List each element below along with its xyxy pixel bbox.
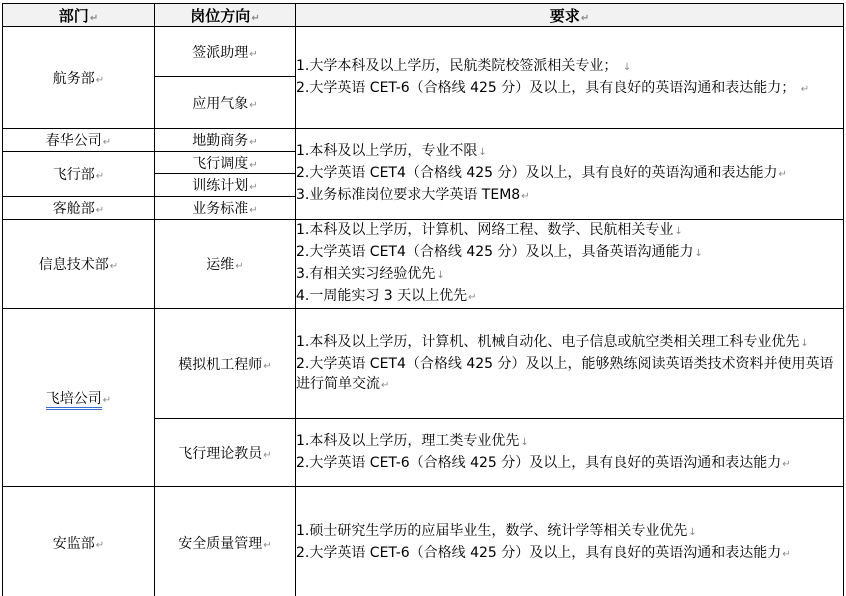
requirements-cell: 1.本科及以上学历，计算机、机械自动化、电子信息或航空类相关理工科专业优先↓ 2… — [296, 309, 844, 419]
position-cell: 模拟机工程师↵ — [155, 309, 296, 419]
table-row: 信息技术部↵ 运维↵ 1.本科及以上学历，计算机、网络工程、数学、民航相关专业↓… — [3, 220, 844, 309]
header-department: 部门↵ — [3, 4, 155, 27]
table-row: 飞培公司↵ 模拟机工程师↵ 1.本科及以上学历，计算机、机械自动化、电子信息或航… — [3, 309, 844, 419]
position-cell: 地勤商务↵ — [155, 129, 296, 152]
table-row: 安监部↵ 安全质量管理↵ 1.硕士研究生学历的应届毕业生，数学、统计学等相关专业… — [3, 487, 844, 596]
requirements-table: 部门↵ 岗位方向↵ 要求↵ 航务部↵ 签派助理↵ 1.大学本科及以上学历，民航类… — [2, 3, 844, 596]
header-position: 岗位方向↵ — [155, 4, 296, 27]
position-cell: 应用气象↵ — [155, 77, 296, 129]
position-cell: 飞行理论教员↵ — [155, 419, 296, 487]
requirements-cell: 1.大学本科及以上学历，民航类院校签派相关专业； ↓ 2.大学英语 CET-6（… — [296, 27, 844, 129]
table-row: 春华公司↵ 地勤商务↵ 1.本科及以上学历，专业不限↓ 2.大学英语 CET4（… — [3, 129, 844, 152]
department-cell: 春华公司↵ — [3, 129, 155, 152]
header-row: 部门↵ 岗位方向↵ 要求↵ — [3, 4, 844, 27]
position-cell: 飞行调度↵ — [155, 152, 296, 174]
spellcheck-underlined-text: 飞培公司 — [46, 391, 102, 410]
department-cell: 航务部↵ — [3, 27, 155, 129]
requirements-cell: 1.本科及以上学历，专业不限↓ 2.大学英语 CET4（合格线 425 分）及以… — [296, 129, 844, 220]
department-cell: 客舱部↵ — [3, 197, 155, 220]
requirements-cell: 1.本科及以上学历，理工类专业优先↓ 2.大学英语 CET-6（合格线 425 … — [296, 419, 844, 487]
department-cell: 信息技术部↵ — [3, 220, 155, 309]
position-cell: 签派助理↵ — [155, 27, 296, 77]
department-cell: 安监部↵ — [3, 487, 155, 596]
header-requirements: 要求↵ — [296, 4, 844, 27]
requirements-cell: 1.硕士研究生学历的应届毕业生，数学、统计学等相关专业优先↓ 2.大学英语 CE… — [296, 487, 844, 596]
position-cell: 训练计划↵ — [155, 174, 296, 197]
department-cell: 飞培公司↵ — [3, 309, 155, 487]
table-row: 航务部↵ 签派助理↵ 1.大学本科及以上学历，民航类院校签派相关专业； ↓ 2.… — [3, 27, 844, 77]
position-cell: 安全质量管理↵ — [155, 487, 296, 596]
position-cell: 业务标准↵ — [155, 197, 296, 220]
department-cell: 飞行部↵ — [3, 152, 155, 197]
position-cell: 运维↵ — [155, 220, 296, 309]
requirements-cell: 1.本科及以上学历，计算机、网络工程、数学、民航相关专业↓ 2.大学英语 CET… — [296, 220, 844, 309]
